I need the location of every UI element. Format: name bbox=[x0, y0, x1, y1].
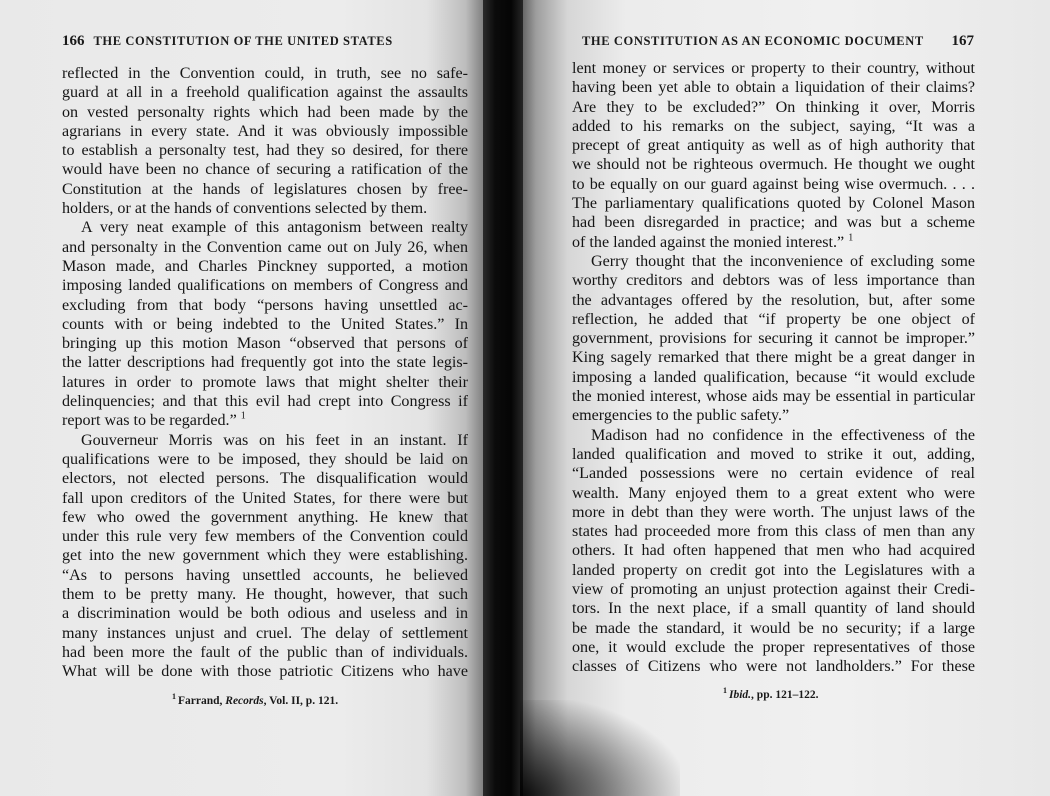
footnote-marker: 1 bbox=[723, 686, 727, 695]
text-line: of the landed against the monied interes… bbox=[572, 234, 844, 251]
text-line: tors. In the next place, if a small quan… bbox=[572, 599, 975, 618]
book-gutter bbox=[483, 0, 523, 796]
text-line: few who owed the government anything. He… bbox=[62, 508, 468, 527]
text-line: reflected in the Convention could, in tr… bbox=[62, 64, 468, 83]
footnote-marker: 1 bbox=[172, 692, 176, 701]
text-line: would have been no chance of securing a … bbox=[62, 160, 468, 179]
right-footnote: 1Ibid., pp. 121–122. bbox=[723, 686, 818, 701]
text-line: government, provisions for securing it c… bbox=[572, 329, 975, 348]
text-line: “Landed possessions were no certain evid… bbox=[572, 464, 975, 483]
text-line: a discrimination would be both odious an… bbox=[62, 604, 468, 623]
left-footnote: 1Farrand, Records, Vol. II, p. 121. bbox=[172, 692, 338, 707]
text-line: emergencies to the public safety.” bbox=[572, 406, 975, 425]
footnote-author: Farrand, bbox=[178, 695, 222, 707]
text-line: had been more the fault of the public th… bbox=[62, 643, 468, 662]
text-line: electors, not elected persons. The disqu… bbox=[62, 469, 468, 488]
text-line: imposing a landed qualification, because… bbox=[572, 368, 975, 387]
footnote-citation: , Vol. II, p. 121. bbox=[264, 695, 338, 707]
text-line: imposing landed qualifications on member… bbox=[62, 276, 468, 295]
text-line: states had proceeded more from this clas… bbox=[572, 522, 975, 541]
text-line: Mason made, and Charles Pinckney support… bbox=[62, 257, 468, 276]
text-line: King sagely remarked that there might be… bbox=[572, 348, 975, 367]
text-line: landed qualification and moved to strike… bbox=[572, 445, 975, 464]
paragraph-start-line: Madison had no confidence in the effecti… bbox=[572, 426, 975, 445]
text-line: Constitution at the hands of legislature… bbox=[62, 180, 468, 199]
text-line: Are they to be excluded?” On thinking it… bbox=[572, 98, 975, 117]
text-line: “As to persons having unsettled accounts… bbox=[62, 566, 468, 585]
text-line: qualifications were to be imposed, they … bbox=[62, 450, 468, 469]
right-page-number: 167 bbox=[952, 33, 975, 50]
text-line: precept of great antiquity as well as of… bbox=[572, 136, 975, 155]
paragraph-start-line: A very neat example of this antagonism b… bbox=[62, 218, 468, 237]
text-line: on vested personalty rights which had be… bbox=[62, 103, 468, 122]
text-line: reflection, he added that “if property b… bbox=[572, 310, 975, 329]
text-line: the advantages offered by the resolution… bbox=[572, 291, 975, 310]
text-line: holders, or at the hands of conventions … bbox=[62, 199, 468, 218]
text-line: having been yet able to obtain a liquida… bbox=[572, 78, 975, 97]
footnote-citation: , pp. 121–122. bbox=[751, 689, 818, 701]
text-line: to establish a personalty test, had they… bbox=[62, 141, 468, 160]
left-running-head: 166THE CONSTITUTION OF THE UNITED STATES bbox=[62, 33, 393, 50]
text-line: agrarians in every state. And it was obv… bbox=[62, 122, 468, 141]
right-running-title: THE CONSTITUTION AS AN ECONOMIC DOCUMENT bbox=[582, 34, 924, 49]
left-page-number: 166 bbox=[62, 33, 85, 49]
text-line: had been disregarded in practice; and wa… bbox=[572, 213, 975, 232]
left-body-text: reflected in the Convention could, in tr… bbox=[62, 64, 468, 682]
text-line: wealth. Many enjoyed them to a great ext… bbox=[572, 484, 975, 503]
footnote-reference: 1 bbox=[848, 232, 853, 243]
text-line: under this rule very few members of the … bbox=[62, 527, 468, 546]
text-line: worthy creditors and debtors was of less… bbox=[572, 271, 975, 290]
text-line: we should not be righteous overmuch. He … bbox=[572, 155, 975, 174]
text-line: What will be done with those patriotic C… bbox=[62, 662, 468, 681]
text-line: get into the new government which they w… bbox=[62, 546, 468, 565]
text-line-with-footnote: of the landed against the monied interes… bbox=[572, 233, 975, 252]
text-line: many instances unjust and cruel. The del… bbox=[62, 624, 468, 643]
footnote-work: Ibid. bbox=[729, 689, 751, 701]
text-line: bringing up this motion Mason “observed … bbox=[62, 334, 468, 353]
text-line: them to be pretty many. He thought, howe… bbox=[62, 585, 468, 604]
paragraph-start-line: Gerry thought that the inconvenience of … bbox=[572, 252, 975, 271]
text-line: one, it would exclude the proper represe… bbox=[572, 638, 975, 657]
text-line: added to his remarks on the subject, say… bbox=[572, 117, 975, 136]
text-line: view of promoting an unjust protection a… bbox=[572, 580, 975, 599]
text-line: and personalty in the Convention came ou… bbox=[62, 238, 468, 257]
text-line: classes of Citizens who were not landhol… bbox=[572, 657, 975, 676]
text-line: counts with or being indebted to the Uni… bbox=[62, 315, 468, 334]
text-line-with-footnote: report was to be regarded.” 1 bbox=[62, 411, 468, 430]
right-body-text: lent money or services or property to th… bbox=[572, 59, 975, 677]
left-running-title: THE CONSTITUTION OF THE UNITED STATES bbox=[94, 34, 393, 48]
text-line: the monied interest, whose aids may be e… bbox=[572, 387, 975, 406]
text-line: latures in order to promote laws that mi… bbox=[62, 373, 468, 392]
text-line: lent money or services or property to th… bbox=[572, 59, 975, 78]
text-line: The parliamentary qualifications quoted … bbox=[572, 194, 975, 213]
text-line: fall upon creditors of the United States… bbox=[62, 489, 468, 508]
text-line: landed property on credit got into the L… bbox=[572, 561, 975, 580]
text-line: report was to be regarded.” bbox=[62, 412, 237, 429]
text-line: excluding from that body “persons having… bbox=[62, 296, 468, 315]
text-line: guard at all in a freehold qualification… bbox=[62, 83, 468, 102]
paragraph-start-line: Gouverneur Morris was on his feet in an … bbox=[62, 431, 468, 450]
text-line: delinquencies; and that this evil had cr… bbox=[62, 392, 468, 411]
text-line: others. It had often happened that men w… bbox=[572, 541, 975, 560]
text-line: more in debt than they were worth. The u… bbox=[572, 503, 975, 522]
text-line: to be equally on our guard against being… bbox=[572, 175, 975, 194]
footnote-reference: 1 bbox=[241, 411, 246, 422]
text-line: be made the standard, it would be no sec… bbox=[572, 619, 975, 638]
footnote-work: Records bbox=[225, 695, 263, 707]
text-line: the latter descriptions had frequently g… bbox=[62, 353, 468, 372]
right-running-head: THE CONSTITUTION AS AN ECONOMIC DOCUMENT… bbox=[582, 33, 974, 50]
